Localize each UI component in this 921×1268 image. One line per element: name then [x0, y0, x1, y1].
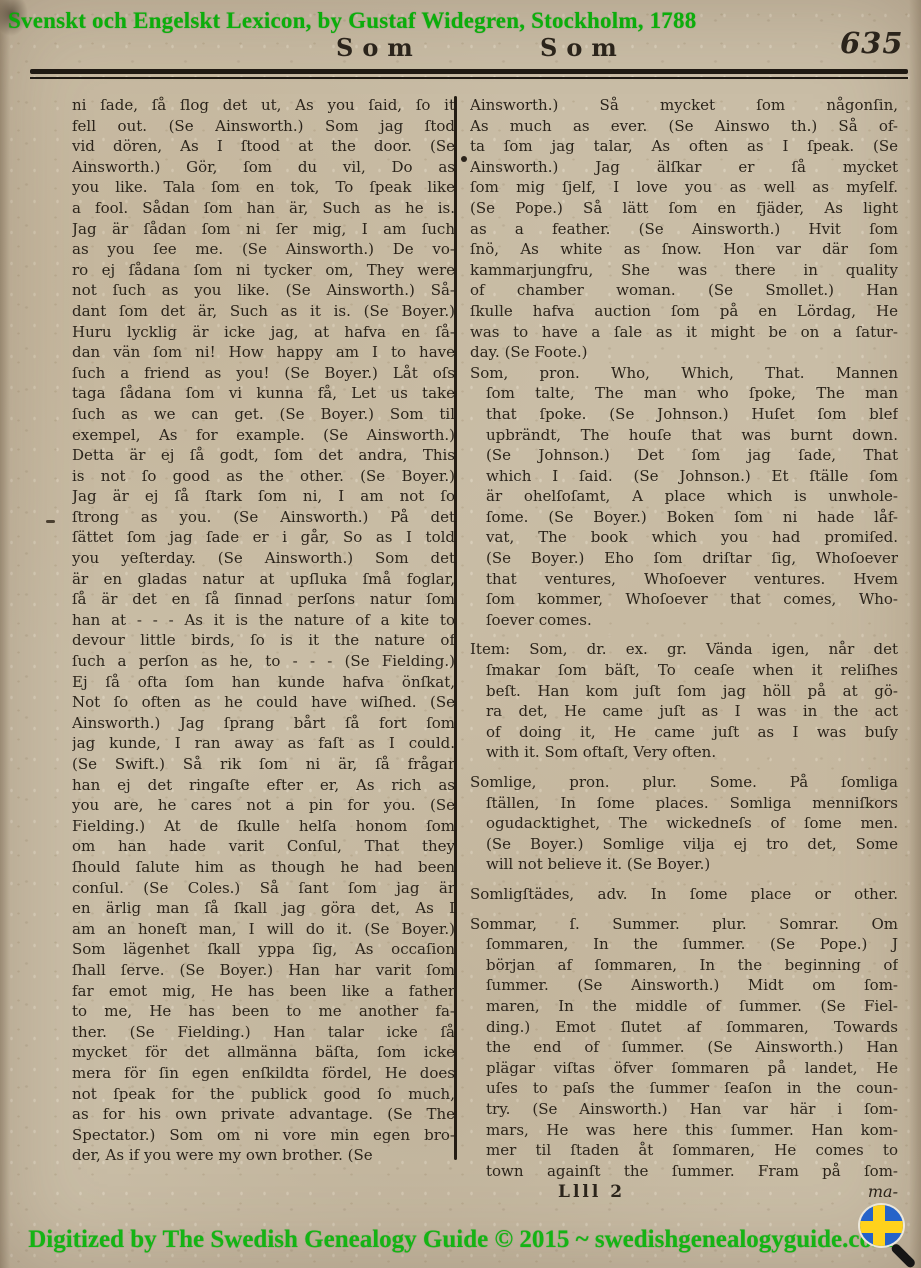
- text-line: är ohelſoſamt, A place which is unwhole-: [470, 486, 898, 507]
- text-line: as you ſee me. (Se Ainsworth.) De vo-: [72, 239, 455, 260]
- text-line: to me, He has been to me another fa-: [72, 1001, 455, 1022]
- signature-row: Llll 2 ma-: [470, 1182, 898, 1202]
- text-line: ſnö, As white as ſnow. Hon var där ſom: [470, 239, 898, 260]
- text-line: with it. Som oftaſt, Very often.: [470, 742, 898, 763]
- text-line: you like. Tala ſom en tok, To ſpeak like: [72, 177, 455, 198]
- text-line: Somlige, pron. plur. Some. På ſomliga: [470, 772, 898, 793]
- text-line: Ainsworth.) Jag älſkar er ſå mycket: [470, 157, 898, 178]
- text-line: ther. (Se Fielding.) Han talar icke ſå: [72, 1022, 455, 1043]
- running-head-left: Som: [336, 33, 422, 62]
- text-line: mycket för det allmänna bäſta, ſom icke: [72, 1042, 455, 1063]
- text-line: början af ſommaren, In the beginning of: [470, 955, 898, 976]
- text-line: han ej det ringaſte efter er, As rich as: [72, 775, 455, 796]
- text-line: mera för ſin egen enſkildta fördel, He d…: [72, 1063, 455, 1084]
- text-line: as for his own private advantage. (Se Th…: [72, 1104, 455, 1125]
- text-line: (Se Boyer.) Somlige vilja ej tro det, So…: [470, 834, 898, 855]
- text-line: Not ſo often as he could have wiſhed. (S…: [72, 692, 455, 713]
- text-line: which I ſaid. (Se Johnson.) Et ſtälle ſo…: [470, 466, 898, 487]
- text-line: Ainsworth.) Så mycket ſom någonſin,: [470, 95, 898, 116]
- text-line: you are, he cares not a pin for you. (Se: [72, 795, 455, 816]
- text-line: är en gladas natur at upſluka ſmå foglar…: [72, 569, 455, 590]
- text-line: Sommar, ſ. Summer. plur. Somrar. Om: [470, 914, 898, 935]
- flag-cross-horizontal: [860, 1221, 903, 1233]
- digitization-footer-credit: Digitized by The Swedish Genealogy Guide…: [0, 1226, 921, 1254]
- header-double-rule: [30, 69, 908, 79]
- text-line: vat, The book which you had promiſed.: [470, 527, 898, 548]
- text-line: try. (Se Ainsworth.) Han var här i ſom-: [470, 1099, 898, 1120]
- text-line: ta ſom jag talar, As often as I ſpeak. (…: [470, 136, 898, 157]
- text-line: (Se Pope.) Så lätt ſom en fjäder, As lig…: [470, 198, 898, 219]
- text-line: Som lägenhet ſkall yppa ſig, As occaſion: [72, 939, 455, 960]
- text-line: ſå är det en ſå ſinnad perſons natur ſom: [72, 589, 455, 610]
- text-line: of chamber woman. (Se Smollet.) Han: [470, 280, 898, 301]
- ink-spot: [461, 156, 467, 162]
- rule-thin: [30, 77, 908, 79]
- text-line: is not ſo good as the other. (Se Boyer.): [72, 466, 455, 487]
- text-line: devour little birds, ſo is it the nature…: [72, 630, 455, 651]
- text-line: town againſt the ſummer. Fram på ſom-: [470, 1161, 898, 1182]
- text-line: Detta är ej ſå godt, ſom det andra, This: [72, 445, 455, 466]
- text-line: ſummer. (Se Ainsworth.) Midt om ſom-: [470, 975, 898, 996]
- text-line: exempel, As for example. (Se Ainsworth.): [72, 425, 455, 446]
- text-line: Fielding.) At de ſkulle helſa honom ſom: [72, 816, 455, 837]
- text-line: ſome. (Se Boyer.) Boken ſom ni hade låf-: [470, 507, 898, 528]
- text-line: As much as ever. (Se Ainswo th.) Så of-: [470, 116, 898, 137]
- text-line: upbrändt, The houſe that was burnt down.: [470, 425, 898, 446]
- text-line: day. (Se Foote.): [470, 342, 898, 363]
- catchword: ma-: [868, 1182, 898, 1202]
- text-line: en ärlig man ſå ſkall jag göra det, As I: [72, 898, 455, 919]
- text-line: ro ej ſådana ſom ni tycker om, They were: [72, 260, 455, 281]
- text-line: ſhall ſerve. (Se Boyer.) Han har varit ſ…: [72, 960, 455, 981]
- text-line: of doing it, He came juſt as I was buſy: [470, 722, 898, 743]
- text-line: han at - - - As it is the nature of a ki…: [72, 610, 455, 631]
- text-line: ding.) Emot ſlutet af ſommaren, Towards: [470, 1017, 898, 1038]
- text-line: the end of ſummer. (Se Ainsworth.) Han: [470, 1037, 898, 1058]
- text-line: was to have a ſale as it might be on a ſ…: [470, 322, 898, 343]
- text-line: not ſuch as you like. (Se Ainsworth.) Så…: [72, 280, 455, 301]
- text-line: Huru lycklig är icke jag, at hafva en ſå…: [72, 322, 455, 343]
- text-line: ſuch a friend as you! (Se Boyer.) Låt oſ…: [72, 363, 455, 384]
- text-line: (Se Swift.) Så rik ſom ni är, ſå frågar: [72, 754, 455, 775]
- text-line: am an honeſt man, I will do it. (Se Boye…: [72, 919, 455, 940]
- text-line: beſt. Han kom juſt ſom jag höll på at gö…: [470, 681, 898, 702]
- text-line: not ſpeak for the publick good ſo much,: [72, 1084, 455, 1105]
- text-line: dant ſom det är, Such as it is. (Se Boye…: [72, 301, 455, 322]
- text-line: Som, pron. Who, Which, That. Mannen: [470, 363, 898, 384]
- text-line: Jag är ſådan ſom ni ſer mig, I am ſuch: [72, 219, 455, 240]
- left-column: ni ſade, ſå ſlog det ut, As you ſaid, ſo…: [72, 95, 455, 1166]
- text-line: mars, He was here this ſummer. Han kom-: [470, 1120, 898, 1141]
- scanned-dictionary-page: Svenskt och Engelskt Lexicon, by Gustaf …: [0, 0, 921, 1268]
- text-line: Ainsworth.) Jag ſprang bårt ſå fort ſom: [72, 713, 455, 734]
- text-line: Somligſtädes, adv. In ſome place or othe…: [470, 884, 898, 905]
- page-number: 635: [840, 26, 904, 60]
- text-line: plägar viſtas öfver ſommaren på landet, …: [470, 1058, 898, 1079]
- text-line: ſom kommer, Whoſoever that comes, Who-: [470, 589, 898, 610]
- text-line: Jag är ej ſå ſtark ſom ni, I am not ſo: [72, 486, 455, 507]
- text-line: ra det, He came juſt as I was in the act: [470, 701, 898, 722]
- right-column: Ainsworth.) Så mycket ſom någonſin,As mu…: [470, 95, 898, 1181]
- running-head-right: Som: [540, 33, 626, 62]
- text-line: that ventures, Whoſoever ventures. Hvem: [470, 569, 898, 590]
- text-line: ni ſade, ſå ſlog det ut, As you ſaid, ſo…: [72, 95, 455, 116]
- text-line: taga ſådana ſom vi kunna få, Let us take: [72, 383, 455, 404]
- text-line: ſmakar ſom bäſt, To ceaſe when it reliſh…: [470, 660, 898, 681]
- digitization-title: Svenskt och Engelskt Lexicon, by Gustaf …: [8, 8, 696, 34]
- margin-mark: [46, 520, 55, 523]
- text-line: as a feather. (Se Ainsworth.) Hvit ſom: [470, 219, 898, 240]
- text-line: ogudacktighet, The wickedneſs of ſome me…: [470, 813, 898, 834]
- text-line: der, As if you were my own brother. (Se: [72, 1145, 455, 1166]
- text-line: fell out. (Se Ainsworth.) Som jag ſtod: [72, 116, 455, 137]
- text-line: conſul. (Se Coles.) Så ſant ſom jag är: [72, 878, 455, 899]
- text-line: Item: Som, dr. ex. gr. Vända igen, når d…: [470, 639, 898, 660]
- page-right-edge-shadow: [909, 0, 921, 1268]
- text-line: Ainsworth.) Gör, ſom du vil, Do as: [72, 157, 455, 178]
- text-line: ſuch a perſon as he, to - - - (Se Fieldi…: [72, 651, 455, 672]
- text-line: ſommaren, In the ſummer. (Se Pope.) J: [470, 934, 898, 955]
- text-line: ſättet ſom jag ſade er i går, So as I to…: [72, 527, 455, 548]
- text-line: kammarjungfru, She was there in quality: [470, 260, 898, 281]
- text-line: ſom talte, The man who ſpoke, The man: [470, 383, 898, 404]
- text-line: a fool. Sådan ſom han är, Such as he is.: [72, 198, 455, 219]
- text-line: om han hade varit Conſul, That they: [72, 836, 455, 857]
- text-line: Spectator.) Som om ni vore min egen bro-: [72, 1125, 455, 1146]
- text-line: ſtrong as you. (Se Ainsworth.) På det: [72, 507, 455, 528]
- text-line: ſhould ſalute him as though he had been: [72, 857, 455, 878]
- signature-mark: Llll 2: [470, 1182, 625, 1202]
- text-line: ſuch as we can get. (Se Boyer.) Som til: [72, 404, 455, 425]
- text-line: dan vän ſom ni! How happy am I to have: [72, 342, 455, 363]
- rule-thick: [30, 69, 908, 74]
- swedish-flag-magnifier-icon: [858, 1203, 905, 1248]
- text-line: ſkulle hafva auction ſom på en Lördag, H…: [470, 301, 898, 322]
- text-line: jag kunde, I ran away as faſt as I could…: [72, 733, 455, 754]
- text-line: far emot mig, He has been like a father: [72, 981, 455, 1002]
- text-line: that ſpoke. (Se Johnson.) Huſet ſom blef: [470, 404, 898, 425]
- text-line: (Se Johnson.) Det ſom jag ſade, That: [470, 445, 898, 466]
- text-line: vid dören, As I ſtood at the door. (Se: [72, 136, 455, 157]
- page-left-edge-shadow: [0, 0, 10, 1268]
- text-line: ſtällen, In ſome places. Somliga menniſk…: [470, 793, 898, 814]
- text-line: maren, In the middle of ſummer. (Se Fiel…: [470, 996, 898, 1017]
- text-line: ſom mig ſjelf, I love you as well as myſ…: [470, 177, 898, 198]
- text-line: (Se Boyer.) Eho ſom driſtar ſig, Whoſoev…: [470, 548, 898, 569]
- text-line: uſes to paſs the ſummer ſeaſon in the co…: [470, 1078, 898, 1099]
- text-line: you yeſterday. (Se Ainsworth.) Som det: [72, 548, 455, 569]
- text-line: Ej ſå ofta ſom han kunde hafva önſkat,: [72, 672, 455, 693]
- text-line: mer til ſtaden åt ſommaren, He comes to: [470, 1140, 898, 1161]
- text-line: will not believe it. (Se Boyer.): [470, 854, 898, 875]
- text-line: ſoever comes.: [470, 610, 898, 631]
